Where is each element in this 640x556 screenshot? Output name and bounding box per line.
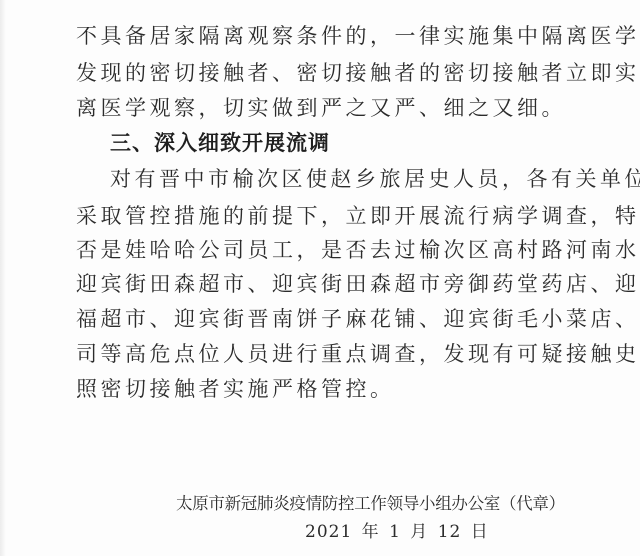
issue-date: 2021 年 1 月 12 日 [305,518,455,546]
body-text-line: 照密切接触者实施严格管控。 [76,374,572,404]
body-text-line: 司等高危点位人员进行重点调查，发现有可疑接触史人员，按 [76,339,572,369]
body-text-line: 不具备居家隔离观察条件的，一律实施集中隔离医学观察。对 [76,21,572,51]
page-shadow-edge [0,0,6,556]
section-heading: 三、深入细致开展流调 [110,128,572,158]
body-text-line: 否是娃哈哈公司员工，是否去过榆次区高村路河南水煎包店、 [76,235,572,265]
issuer-signature: 太原市新冠肺炎疫情防控工作领导小组办公室（代章） [176,490,536,518]
body-text-line: 离医学观察，切实做到严之又严、细之又细。 [76,93,572,123]
body-text-line: 对有晋中市榆次区使赵乡旅居史人员，各有关单位在迅速 [110,164,572,194]
document-page: 不具备居家隔离观察条件的，一律实施集中隔离医学观察。对 发现的密切接触者、密切接… [0,0,640,556]
body-text-line: 迎宾街田森超市、迎宾街田森超市旁御药堂药店、迎宾街家家 [76,269,572,299]
body-text-line: 福超市、迎宾街晋南饼子麻花铺、迎宾街毛小菜店、娃哈哈公 [76,304,572,334]
body-text-line: 采取管控措施的前提下，立即开展流行病学调查，特别是对是 [76,201,572,231]
body-text-line: 发现的密切接触者、密切接触者的密切接触者立即实施集中隔 [76,58,572,88]
